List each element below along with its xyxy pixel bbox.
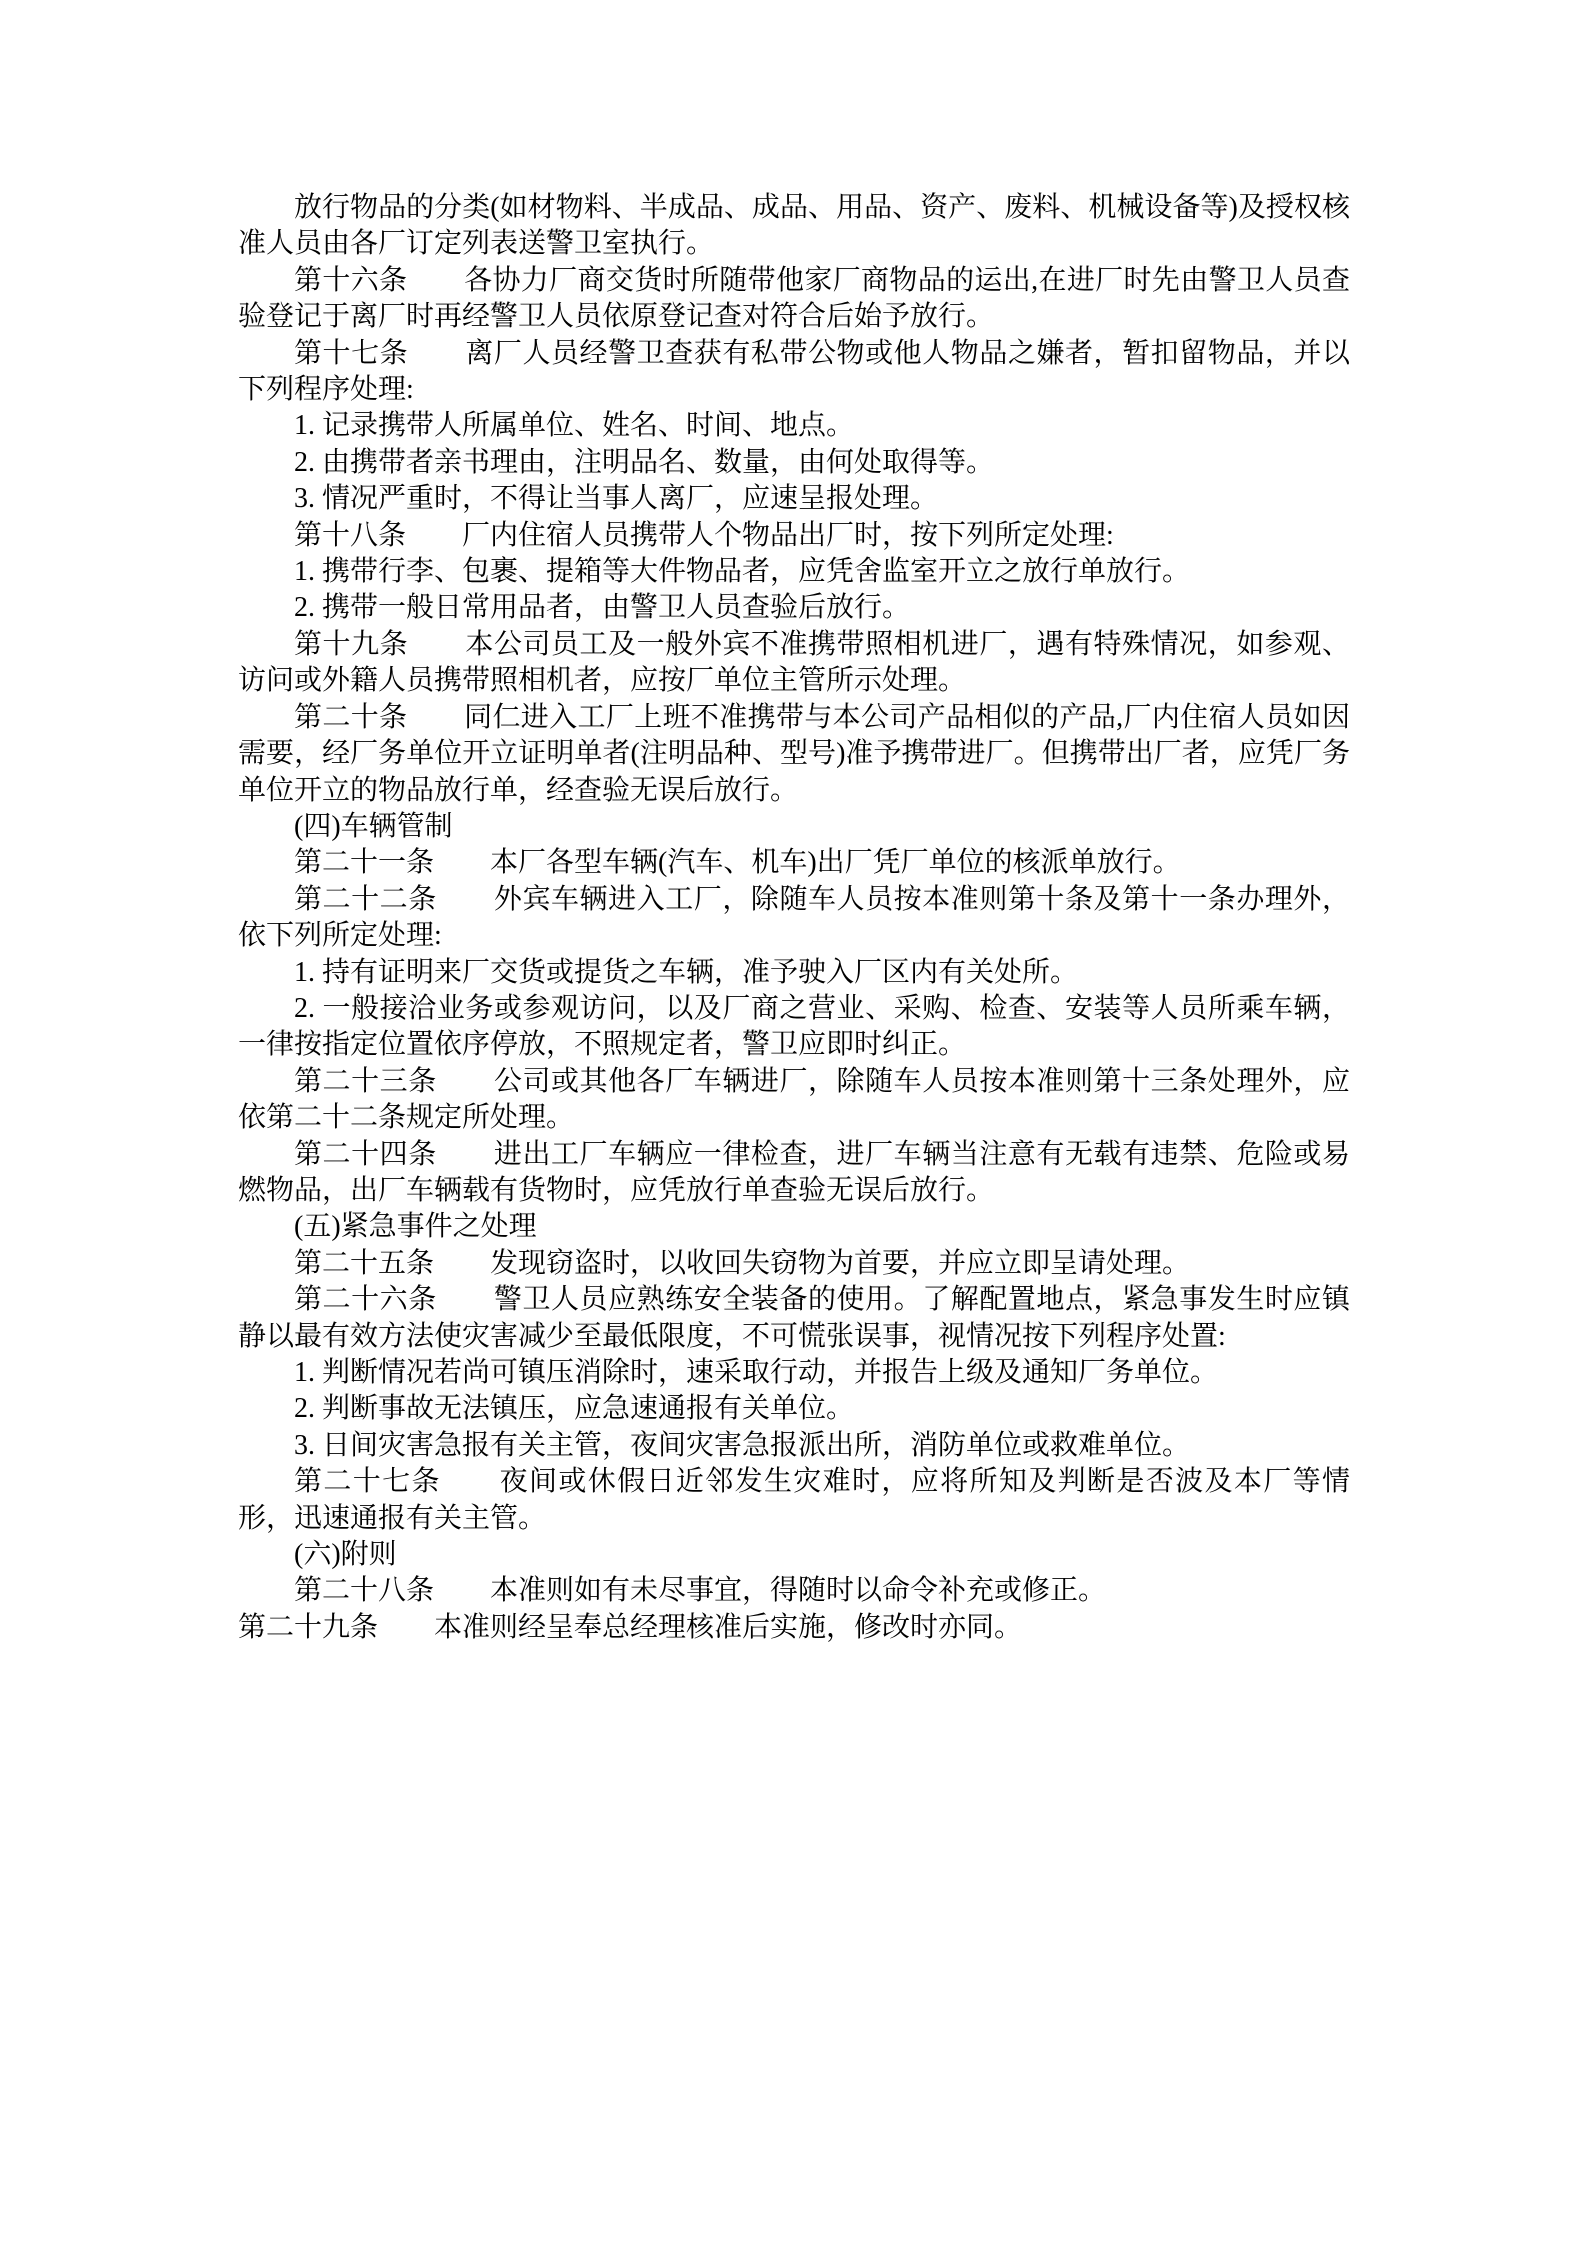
paragraph: 2. 一般接洽业务或参观访问，以及厂商之营业、采购、检查、安装等人员所乘车辆，一…: [238, 991, 1350, 1064]
paragraph: (四)车辆管制: [238, 809, 1350, 845]
paragraph: (六)附则: [238, 1537, 1350, 1573]
paragraph: 第二十九条 本准则经呈奉总经理核准后实施，修改时亦同。: [238, 1610, 1350, 1646]
paragraph: 第二十五条 发现窃盗时，以收回失窃物为首要，并应立即呈请处理。: [238, 1246, 1350, 1282]
paragraph: 1. 记录携带人所属单位、姓名、时间、地点。: [238, 408, 1350, 444]
paragraph: 2. 判断事故无法镇压，应急速通报有关单位。: [238, 1391, 1350, 1427]
paragraph: 3. 情况严重时，不得让当事人离厂，应速呈报处理。: [238, 481, 1350, 517]
paragraph: 1. 携带行李、包裹、提箱等大件物品者，应凭舍监室开立之放行单放行。: [238, 554, 1350, 590]
paragraph: 1. 判断情况若尚可镇压消除时，速采取行动，并报告上级及通知厂务单位。: [238, 1355, 1350, 1391]
paragraph: 第二十三条 公司或其他各厂车辆进厂，除随车人员按本准则第十三条处理外，应依第二十…: [238, 1064, 1350, 1137]
paragraph: 第二十六条 警卫人员应熟练安全装备的使用。了解配置地点，紧急事发生时应镇静以最有…: [238, 1282, 1350, 1355]
paragraph: 第二十二条 外宾车辆进入工厂，除随车人员按本准则第十条及第十一条办理外，依下列所…: [238, 882, 1350, 955]
paragraph: 第二十一条 本厂各型车辆(汽车、机车)出厂凭厂单位的核派单放行。: [238, 845, 1350, 881]
paragraph: 1. 持有证明来厂交货或提货之车辆，准予驶入厂区内有关处所。: [238, 955, 1350, 991]
document-body: 放行物品的分类(如材物料、半成品、成品、用品、资产、废料、机械设备等)及授权核准…: [238, 190, 1350, 1646]
document-page: 放行物品的分类(如材物料、半成品、成品、用品、资产、废料、机械设备等)及授权核准…: [0, 0, 1587, 2245]
paragraph: 2. 由携带者亲书理由，注明品名、数量，由何处取得等。: [238, 445, 1350, 481]
paragraph: 第二十条 同仁进入工厂上班不准携带与本公司产品相似的产品,厂内住宿人员如因需要，…: [238, 700, 1350, 809]
paragraph: 第二十八条 本准则如有未尽事宜，得随时以命令补充或修正。: [238, 1573, 1350, 1609]
paragraph: 第二十四条 进出工厂车辆应一律检查，进厂车辆当注意有无载有违禁、危险或易燃物品，…: [238, 1137, 1350, 1210]
paragraph: 第十七条 离厂人员经警卫查获有私带公物或他人物品之嫌者，暂扣留物品，并以下列程序…: [238, 336, 1350, 409]
paragraph: (五)紧急事件之处理: [238, 1209, 1350, 1245]
paragraph: 3. 日间灾害急报有关主管，夜间灾害急报派出所，消防单位或救难单位。: [238, 1428, 1350, 1464]
paragraph: 放行物品的分类(如材物料、半成品、成品、用品、资产、废料、机械设备等)及授权核准…: [238, 190, 1350, 263]
paragraph: 第十九条 本公司员工及一般外宾不准携带照相机进厂，遇有特殊情况，如参观、访问或外…: [238, 627, 1350, 700]
paragraph: 第二十七条 夜间或休假日近邻发生灾难时，应将所知及判断是否波及本厂等情形，迅速通…: [238, 1464, 1350, 1537]
paragraph: 第十六条 各协力厂商交货时所随带他家厂商物品的运出,在进厂时先由警卫人员查验登记…: [238, 263, 1350, 336]
paragraph: 2. 携带一般日常用品者，由警卫人员查验后放行。: [238, 590, 1350, 626]
paragraph: 第十八条 厂内住宿人员携带人个物品出厂时，按下列所定处理:: [238, 518, 1350, 554]
